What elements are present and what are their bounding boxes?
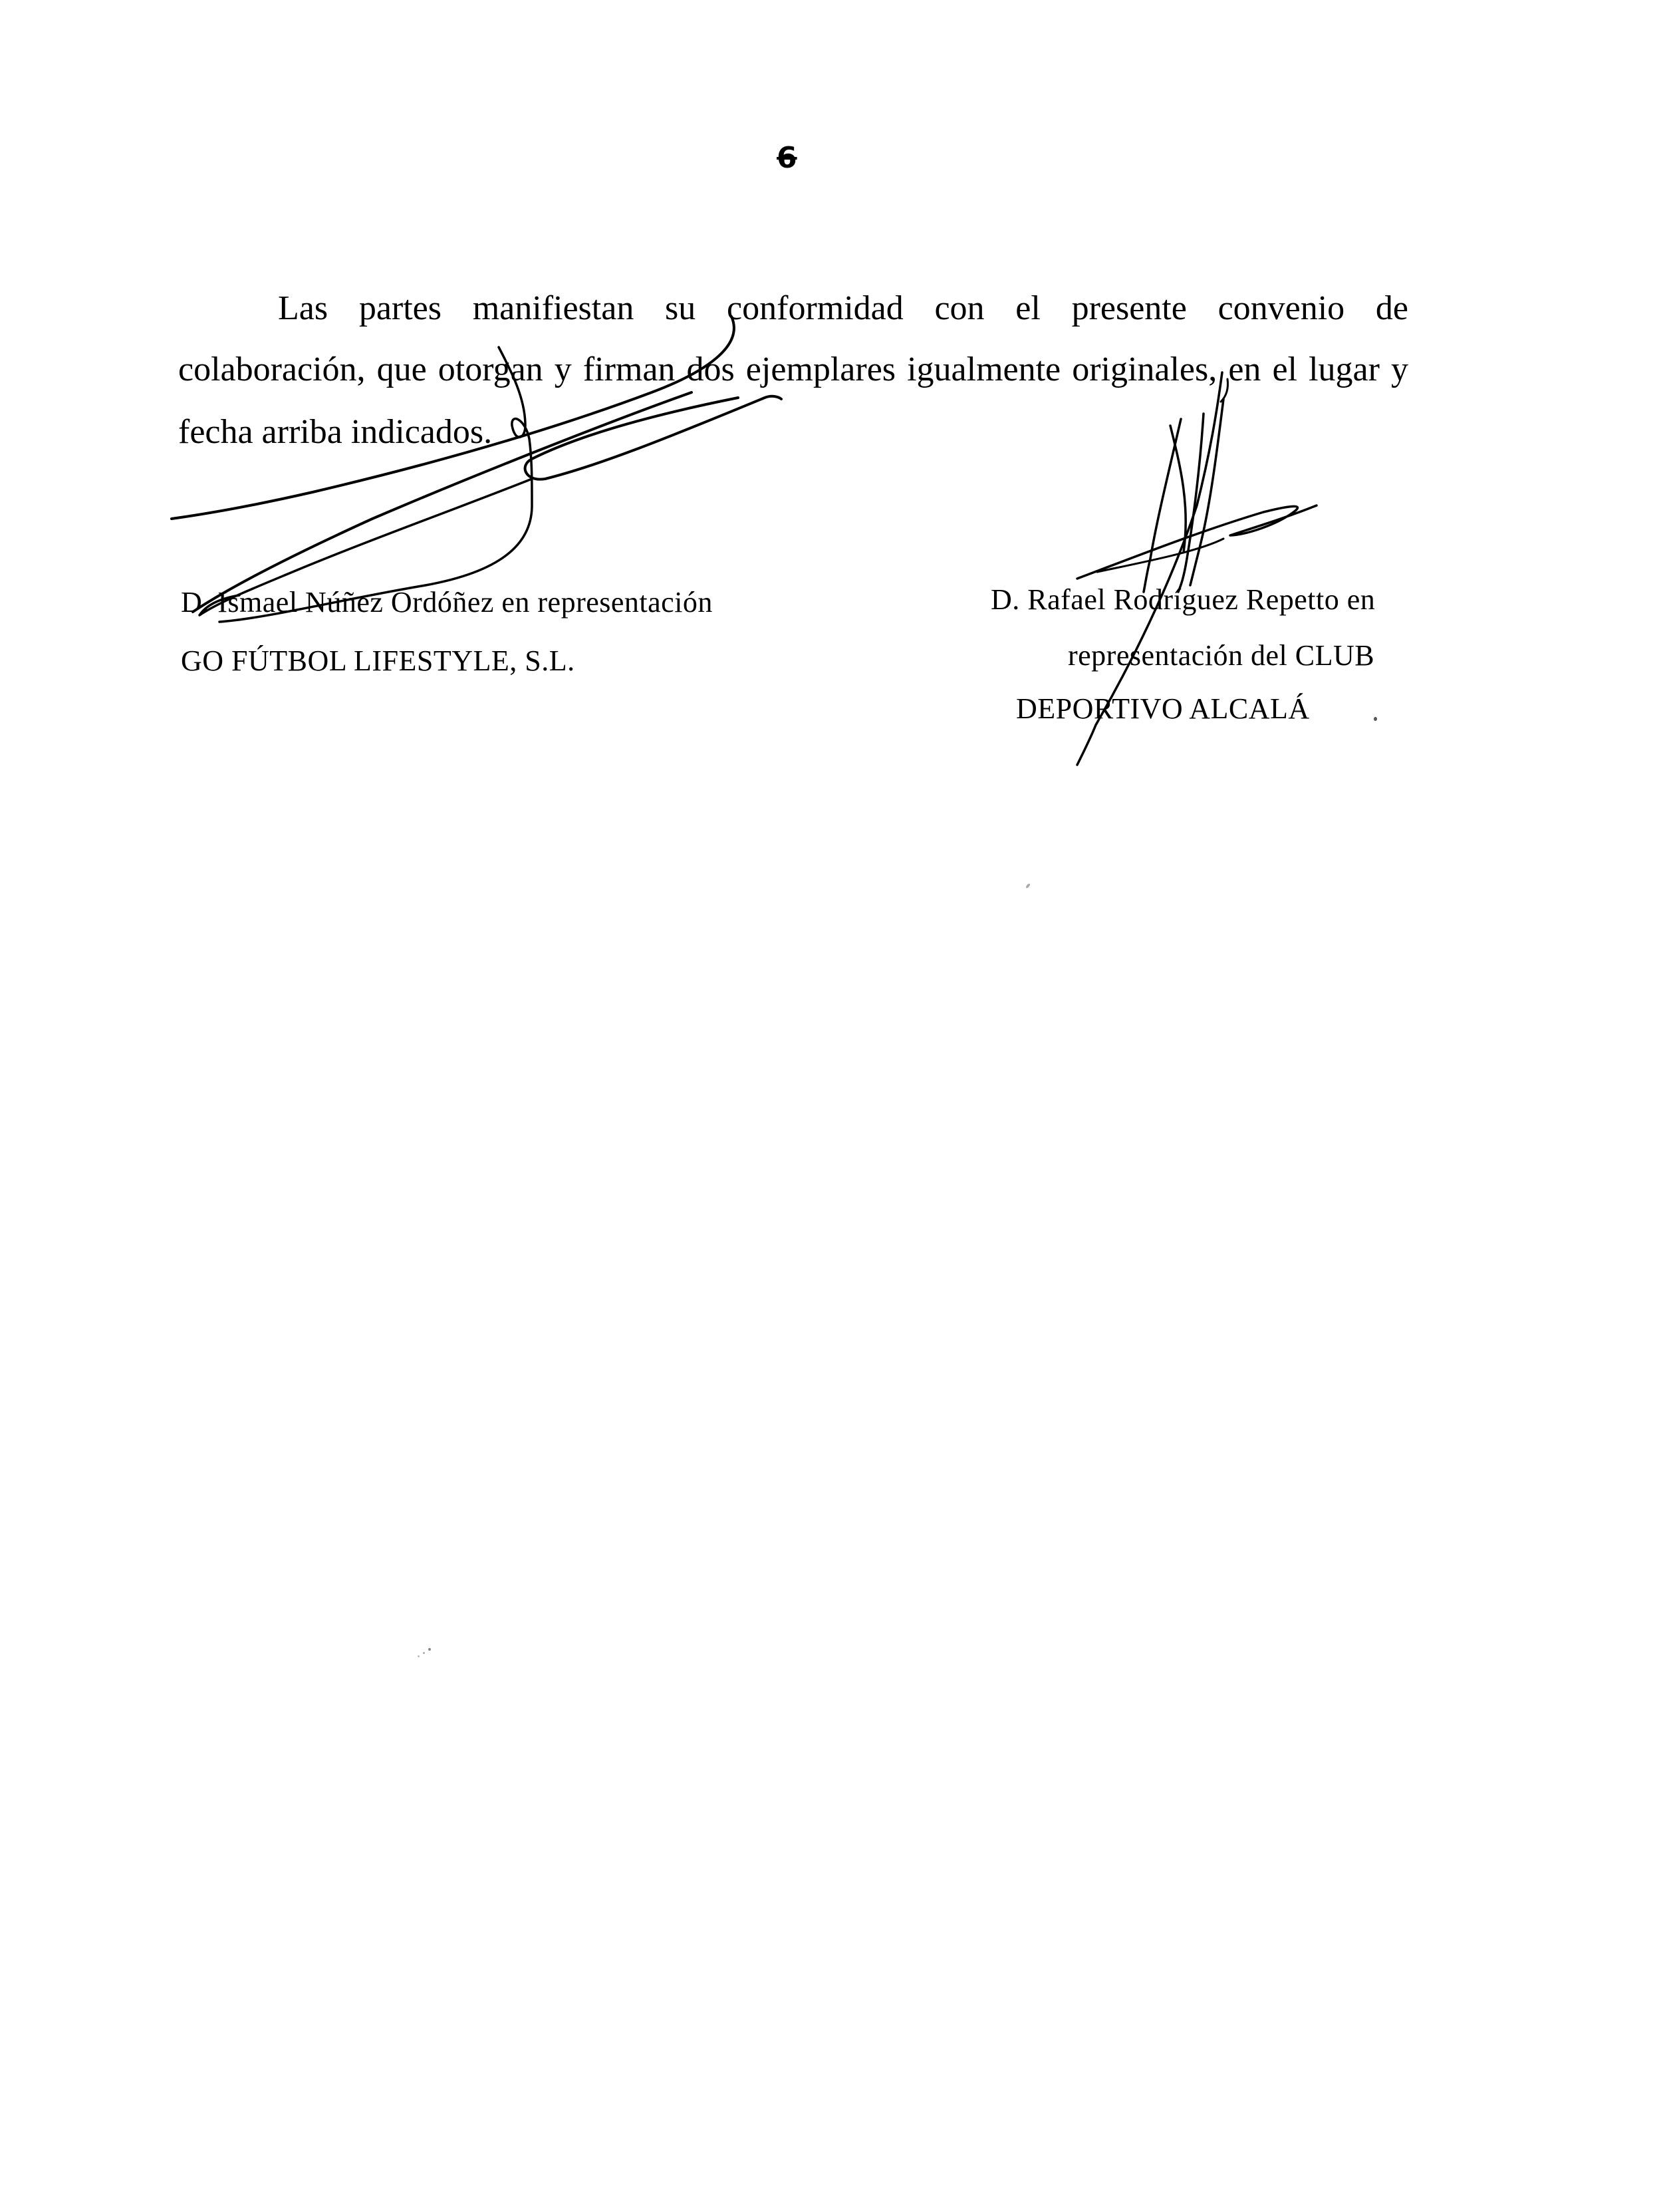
paragraph-line: fecha arriba indicados.: [178, 411, 492, 454]
left-signatory-organization: GO FÚTBOL LIFESTYLE, S.L.: [181, 642, 575, 680]
right-signatory-name: D. Rafael Rodríguez Repetto en: [991, 581, 1375, 619]
paragraph-line: Las partes manifiestan su conformidad co…: [278, 287, 1408, 330]
scan-speck: [1374, 717, 1377, 721]
scan-speck: [418, 1655, 420, 1657]
scan-speck: [428, 1648, 431, 1651]
scan-speck: [423, 1652, 425, 1654]
page-number: 6: [777, 138, 797, 178]
left-handwritten-signature: [0, 0, 1661, 2212]
right-signatory-representation: representación del CLUB: [1068, 637, 1374, 674]
scan-speck: [1025, 883, 1031, 889]
left-signatory-name: D. Ismael Núñez Ordóñez en representació…: [181, 584, 713, 621]
paragraph-line: colaboración, que otorgan y firman dos e…: [178, 348, 1408, 391]
document-page: 6 Las partes manifiestan su conformidad …: [0, 0, 1661, 2212]
right-signatory-organization: DEPORTIVO ALCALÁ: [1016, 690, 1310, 728]
right-handwritten-signature: [0, 0, 1661, 2212]
